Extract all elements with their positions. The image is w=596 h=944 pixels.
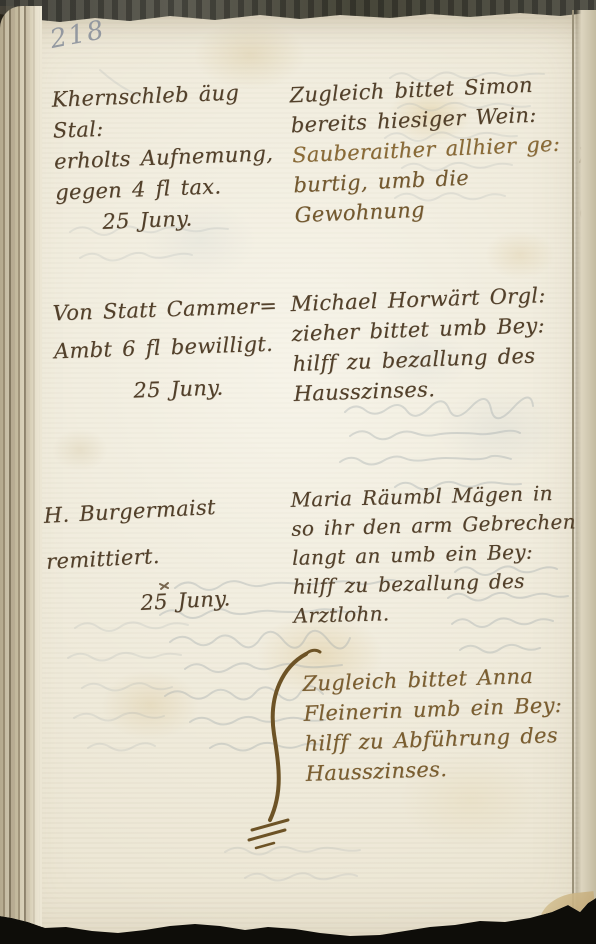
entry-3-margin-note: H. Burgermaist remittiert. 25 Juny. (43, 479, 312, 631)
entry-2-body: Michael Horwärt Orgl: zieher bittet umb … (290, 279, 584, 409)
manuscript-scan: 218 Khernschleb äug Stal: erholts Aufnem… (0, 0, 596, 944)
handwritten-line: burtig, umb die Gewohnung (293, 158, 587, 231)
entry-4-body: Zugleich bittet Anna Fleinerin umb ein B… (302, 659, 588, 789)
handwritten-line: Ambt 6 fl bewilligt. (53, 324, 304, 371)
entry-1-margin-note: Khernschleb äug Stal: erholts Aufnemung,… (51, 75, 302, 239)
handwritten-line: H. Burgermaist remittiert. (43, 479, 309, 585)
entry-2-margin-note: Von Statt Cammer= Ambt 6 fl bewilligt. 2… (52, 286, 306, 413)
handwritten-line: Khernschleb äug Stal: (51, 75, 298, 146)
entry-1-body: Zugleich bittet Simon bereits hiesiger W… (289, 68, 587, 231)
entry-3-body: Maria Räumbl Mägen in so ihr den arm Geb… (290, 478, 586, 631)
book-left-page-edges (0, 6, 42, 944)
